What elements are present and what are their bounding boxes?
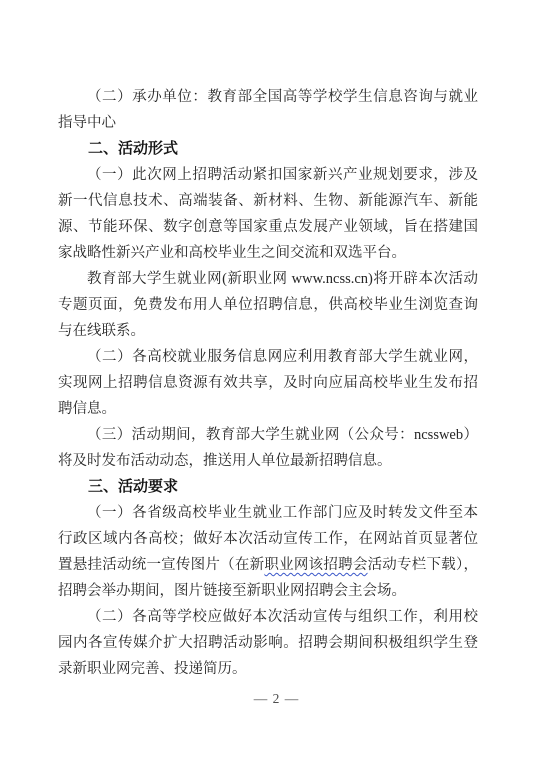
paragraph-industry-scope: （一）此次网上招聘活动紧扣国家新兴产业规划要求，涉及新一代信息技术、高端装备、新… [58, 162, 478, 266]
document-page: （二）承办单位：教育部全国高等学校学生信息咨询与就业指导中心 二、活动形式 （一… [0, 0, 553, 784]
paragraph-university-job-sites: （二）各高校就业服务信息网应利用教育部大学生就业网，实现网上招聘信息资源有效共享… [58, 344, 478, 422]
paragraph-wechat-account: （三）活动期间，教育部大学生就业网（公众号：ncssweb）将及时发布活动动态，… [58, 422, 478, 474]
paragraph-ncss-website: 教育部大学生就业网(新职业网 www.ncss.cn)将开辟本次活动专题页面，免… [58, 266, 478, 344]
spellcheck-wavy-underline-text: 职业网该招聘会 [264, 557, 367, 573]
paragraph-university-publicity: （二）各高等学校应做好本次活动宣传与组织工作，利用校园内各宣传媒介扩大招聘活动影… [58, 604, 478, 682]
document-body: （二）承办单位：教育部全国高等学校学生信息咨询与就业指导中心 二、活动形式 （一… [58, 84, 478, 682]
section-heading-activity-requirements: 三、活动要求 [58, 474, 478, 500]
section-heading-activity-format: 二、活动形式 [58, 136, 478, 162]
paragraph-provincial-departments: （一）各省级高校毕业生就业工作部门应及时转发文件至本行政区域内各高校；做好本次活… [58, 500, 478, 604]
page-number: — 2 — [0, 691, 553, 707]
paragraph-organizer-unit: （二）承办单位：教育部全国高等学校学生信息咨询与就业指导中心 [58, 84, 478, 136]
